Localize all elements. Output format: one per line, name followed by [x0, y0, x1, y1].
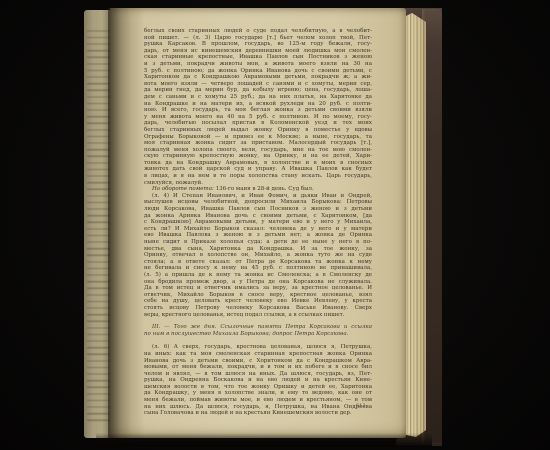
text-line: Ографены Борыковой — и привез ее к Москв… [144, 134, 372, 141]
text-line: беглых своих старинных людей о суде пода… [144, 28, 372, 35]
text-line: дарь, от меня ис кинешемския деревнишки … [144, 48, 372, 55]
text-line: (л. 5) а пришла де к нему та жонка ис См… [144, 272, 372, 279]
text-line: местье, два сына, Харитонка да Кондрашка… [144, 246, 372, 253]
text-line: и з детьми, покрадчи животы мои, а живот… [144, 61, 372, 68]
text-line: Харитонком да с Кондрашкою Аврамовыми де… [144, 74, 372, 81]
text-line: шемския волости в том, что тое жонку Ори… [144, 384, 372, 391]
text-line: себе на душу, целовать крест человеку ев… [144, 298, 372, 305]
text-line: пожалуй меня холопа своего, вели, госуда… [144, 147, 372, 154]
text-line: дем с саньми и с хомуты 25 руб.; да на н… [144, 94, 372, 101]
text-line: в лицах, и я на нем в те поры холопства … [144, 173, 372, 180]
text-line: мовыми, от меня бежали, покрадчи, и в то… [144, 364, 372, 371]
text-line: рушка Карсаков. В прошлом, государь, во … [144, 41, 372, 48]
text-line: челом и являл, — в том шлюся на иных. Да… [144, 371, 372, 378]
text-line: Да в том истец и ответчик имались за вер… [144, 285, 372, 292]
text-line: животех дать свой царской суд и управу. … [144, 166, 372, 173]
text-line: (л. 6) А сверх, государь, крестнова цело… [144, 344, 372, 351]
text-line: 5 руб. с полтиною; да жонка Оринка Ивано… [144, 68, 372, 75]
text-line: да жонка Аринка Иванова дочь с своими де… [144, 213, 372, 220]
text-line: ево Ивашка Павлова з женою и з детьми не… [144, 232, 372, 239]
text-line: выслушев исцовы челобитной, допросили Ми… [144, 199, 372, 206]
text-column: беглых своих старинных людей о суде пода… [144, 28, 372, 417]
text-line: на иных: как та моя смоленская старинная… [144, 351, 372, 358]
page-number: 613 [356, 404, 366, 409]
right-page: беглых своих старинных людей о суде пода… [110, 8, 406, 438]
text-line: дарь, челобитью посылал пристав в Коломе… [144, 120, 372, 127]
text-line: люди Корсакова, Ивашка Павлов сын Посник… [144, 206, 372, 213]
text-line: На обороте помета: 136-го маия в 28-й де… [144, 186, 372, 193]
text-line: Оринку, отвечал в холопстве он, Михайло,… [144, 252, 372, 259]
paragraph-body: (л. 4) И Степан Иванович, и Иван Фомич, … [144, 193, 372, 318]
paragraph-body: беглых своих старинных людей о суде пода… [144, 28, 372, 186]
text-line: меня бежали, поймав животы мое, и ево лю… [144, 397, 372, 404]
left-page-edge [84, 10, 113, 438]
paragraph-heading: III. — Того же дня. Ссылочные памяти Пет… [144, 324, 372, 337]
book-photograph: беглых своих старинных людей о суде пода… [0, 0, 550, 450]
text-line: веры, крестного целованья, истец подал с… [144, 312, 372, 319]
paragraph-note: На обороте помета: 136-го маия в 28-й де… [144, 186, 372, 193]
text-line: да мерин гнед, да мерин бур, да кобылу и… [144, 87, 372, 94]
text-line: ною. И всего, государь, та моя беглая жо… [144, 107, 372, 114]
text-line: скую старинную крепостную жонку, на Орин… [144, 153, 372, 160]
text-line: с Кондрашкою] Аврамовыми детьми, у матер… [144, 219, 372, 226]
text-line: стоять исцову Петрову человеку Корсакова… [144, 305, 372, 312]
text-line: на них шлюсь. Да шлюся, государь, я, Пет… [144, 404, 372, 411]
text-line: моя старинная жонка сидит за приставом. … [144, 140, 372, 147]
text-line: III. — Того же дня. Ссылочные памяти Пет… [144, 324, 372, 331]
text-line: ныне сидит в Приказе холопья суда; а дет… [144, 239, 372, 246]
text-line: сына Головачова и на людей и на крестьян… [144, 410, 372, 417]
text-line: есть ли? И Михайло Борыков сказал: челов… [144, 226, 372, 233]
text-line: ская старинные крепостные, Ивашка Павлов… [144, 54, 372, 61]
text-line: не бегивала и сносу к нему на 45 руб. с … [144, 265, 372, 272]
text-line: беглых старинных людей выдал жонку Оринк… [144, 127, 372, 134]
text-line: она бродила промеж двор, а у Петра де он… [144, 279, 372, 286]
text-line: по ним в послушество Михаила Борыкова; д… [144, 331, 372, 338]
paragraph-body: (л. 6) А сверх, государь, крестнова цело… [144, 344, 372, 417]
text-line: рушка, на Ондреяна Боскакова и на ево лю… [144, 377, 372, 384]
note-italic-lead: На обороте помета: [152, 186, 214, 192]
